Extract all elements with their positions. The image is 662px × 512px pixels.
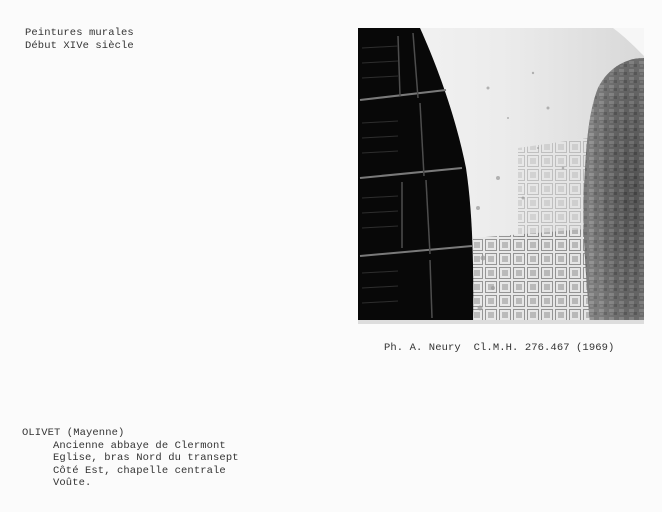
vault-photograph (358, 28, 644, 324)
header-caption: Peintures murales Début XIVe siècle (25, 27, 134, 52)
location-line: Eglise, bras Nord du transept (22, 452, 239, 465)
town-label: OLIVET (Mayenne) (22, 427, 239, 440)
date-label: Début XIVe siècle (25, 40, 134, 52)
location-line: Voûte. (22, 477, 239, 490)
location-line: Ancienne abbaye de Clermont (22, 440, 239, 453)
photo-credit: Ph. A. Neury Cl.M.H. 276.467 (1969) (384, 342, 614, 355)
location-line: Côté Est, chapelle centrale (22, 465, 239, 478)
location-block: OLIVET (Mayenne)Ancienne abbaye de Clerm… (22, 427, 239, 490)
subject-label: Peintures murales (25, 27, 134, 39)
